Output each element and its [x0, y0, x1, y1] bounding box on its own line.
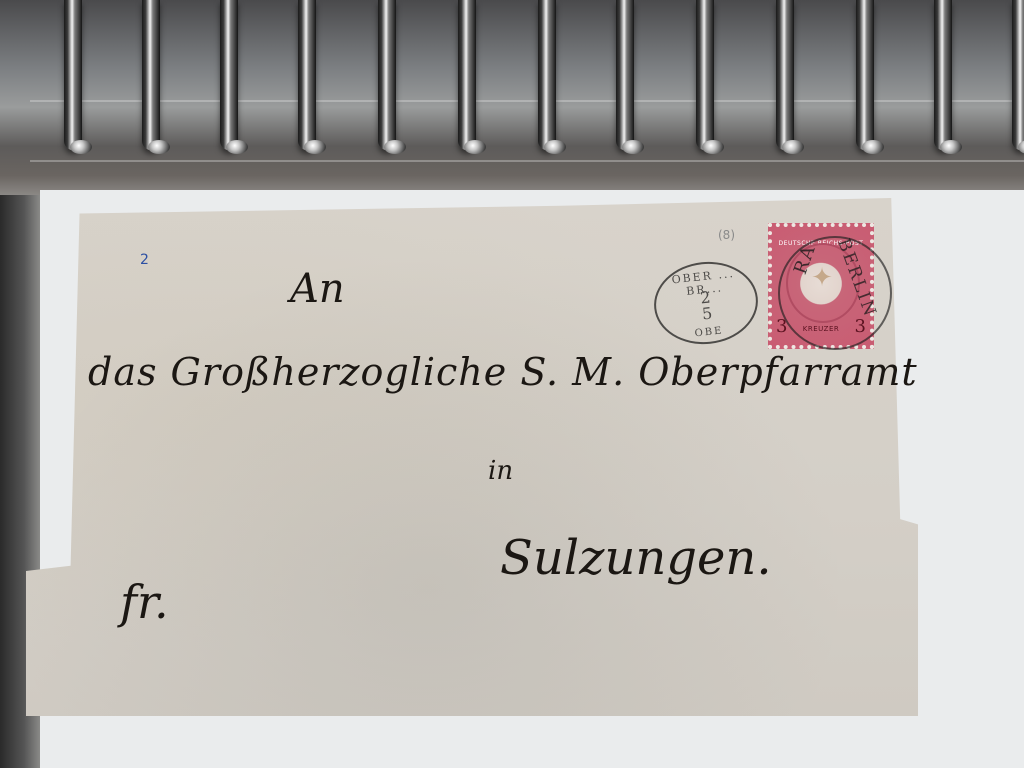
address-line-in: in	[488, 456, 513, 486]
binder-ring	[696, 0, 714, 150]
binder-ring	[458, 0, 476, 150]
sleeve-reflection	[30, 160, 1024, 162]
pencil-mark: 2	[140, 252, 149, 268]
binder-ring	[934, 0, 952, 150]
binder-ring	[142, 0, 160, 150]
binder-ring	[538, 0, 556, 150]
binder-ring	[220, 0, 238, 150]
address-line-addressee: das Großherzogliche S. M. Oberpfarramt	[88, 350, 918, 394]
binder-ring	[378, 0, 396, 150]
catalog-mark: (8)	[718, 228, 735, 242]
binder-ring	[64, 0, 82, 150]
sleeve-reflection	[30, 100, 1024, 102]
postmark-month: 5	[701, 303, 713, 323]
binder-ring	[616, 0, 634, 150]
franco-note: fr.	[120, 575, 169, 629]
binder-ring	[776, 0, 794, 150]
binder-ring	[298, 0, 316, 150]
address-line-an: An	[290, 266, 345, 312]
address-line-town: Sulzungen.	[500, 530, 772, 586]
binder-ring	[856, 0, 874, 150]
binder-ring	[1012, 0, 1024, 150]
